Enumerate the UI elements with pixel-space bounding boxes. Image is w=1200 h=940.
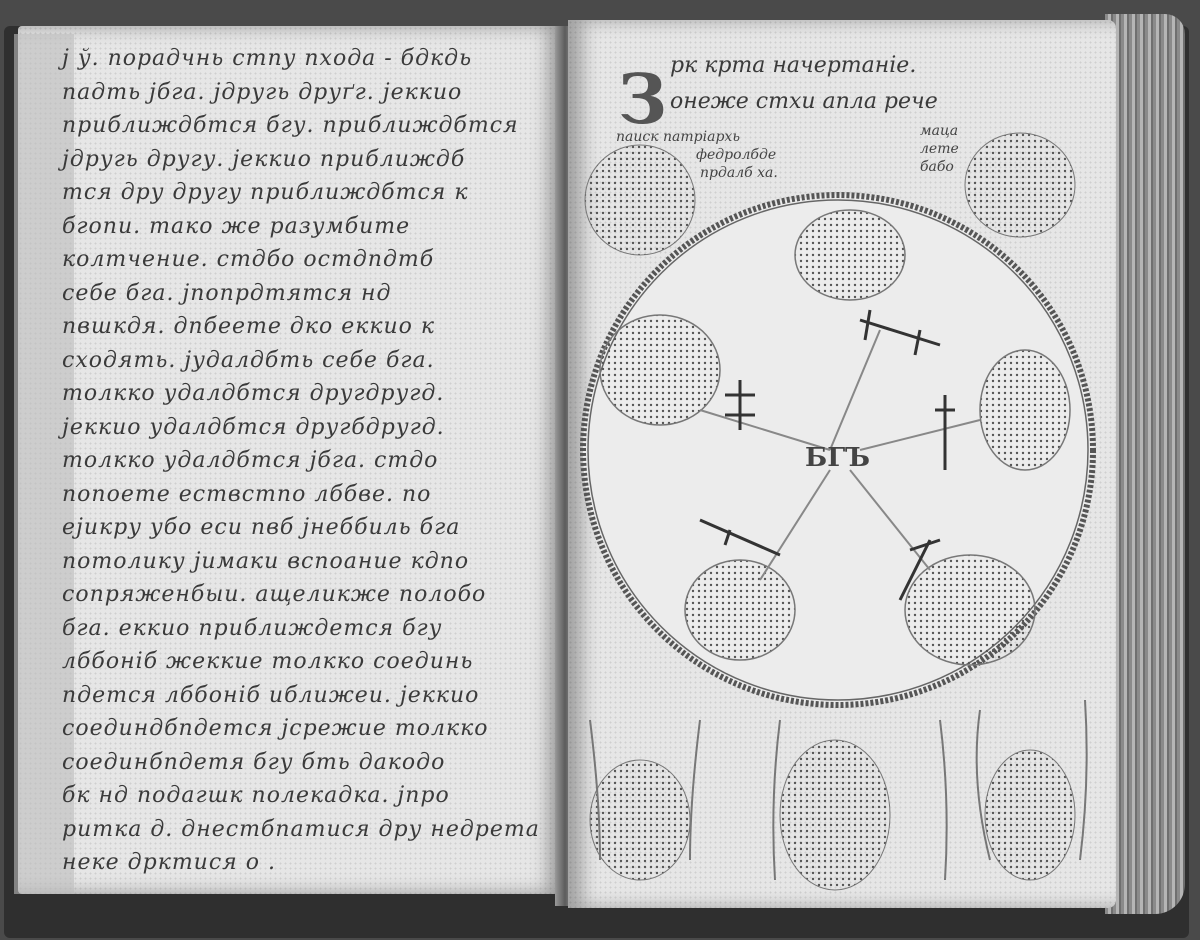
center-label: БГЪ bbox=[805, 443, 870, 473]
cosmological-diagram: БГЪ bbox=[0, 0, 1200, 940]
